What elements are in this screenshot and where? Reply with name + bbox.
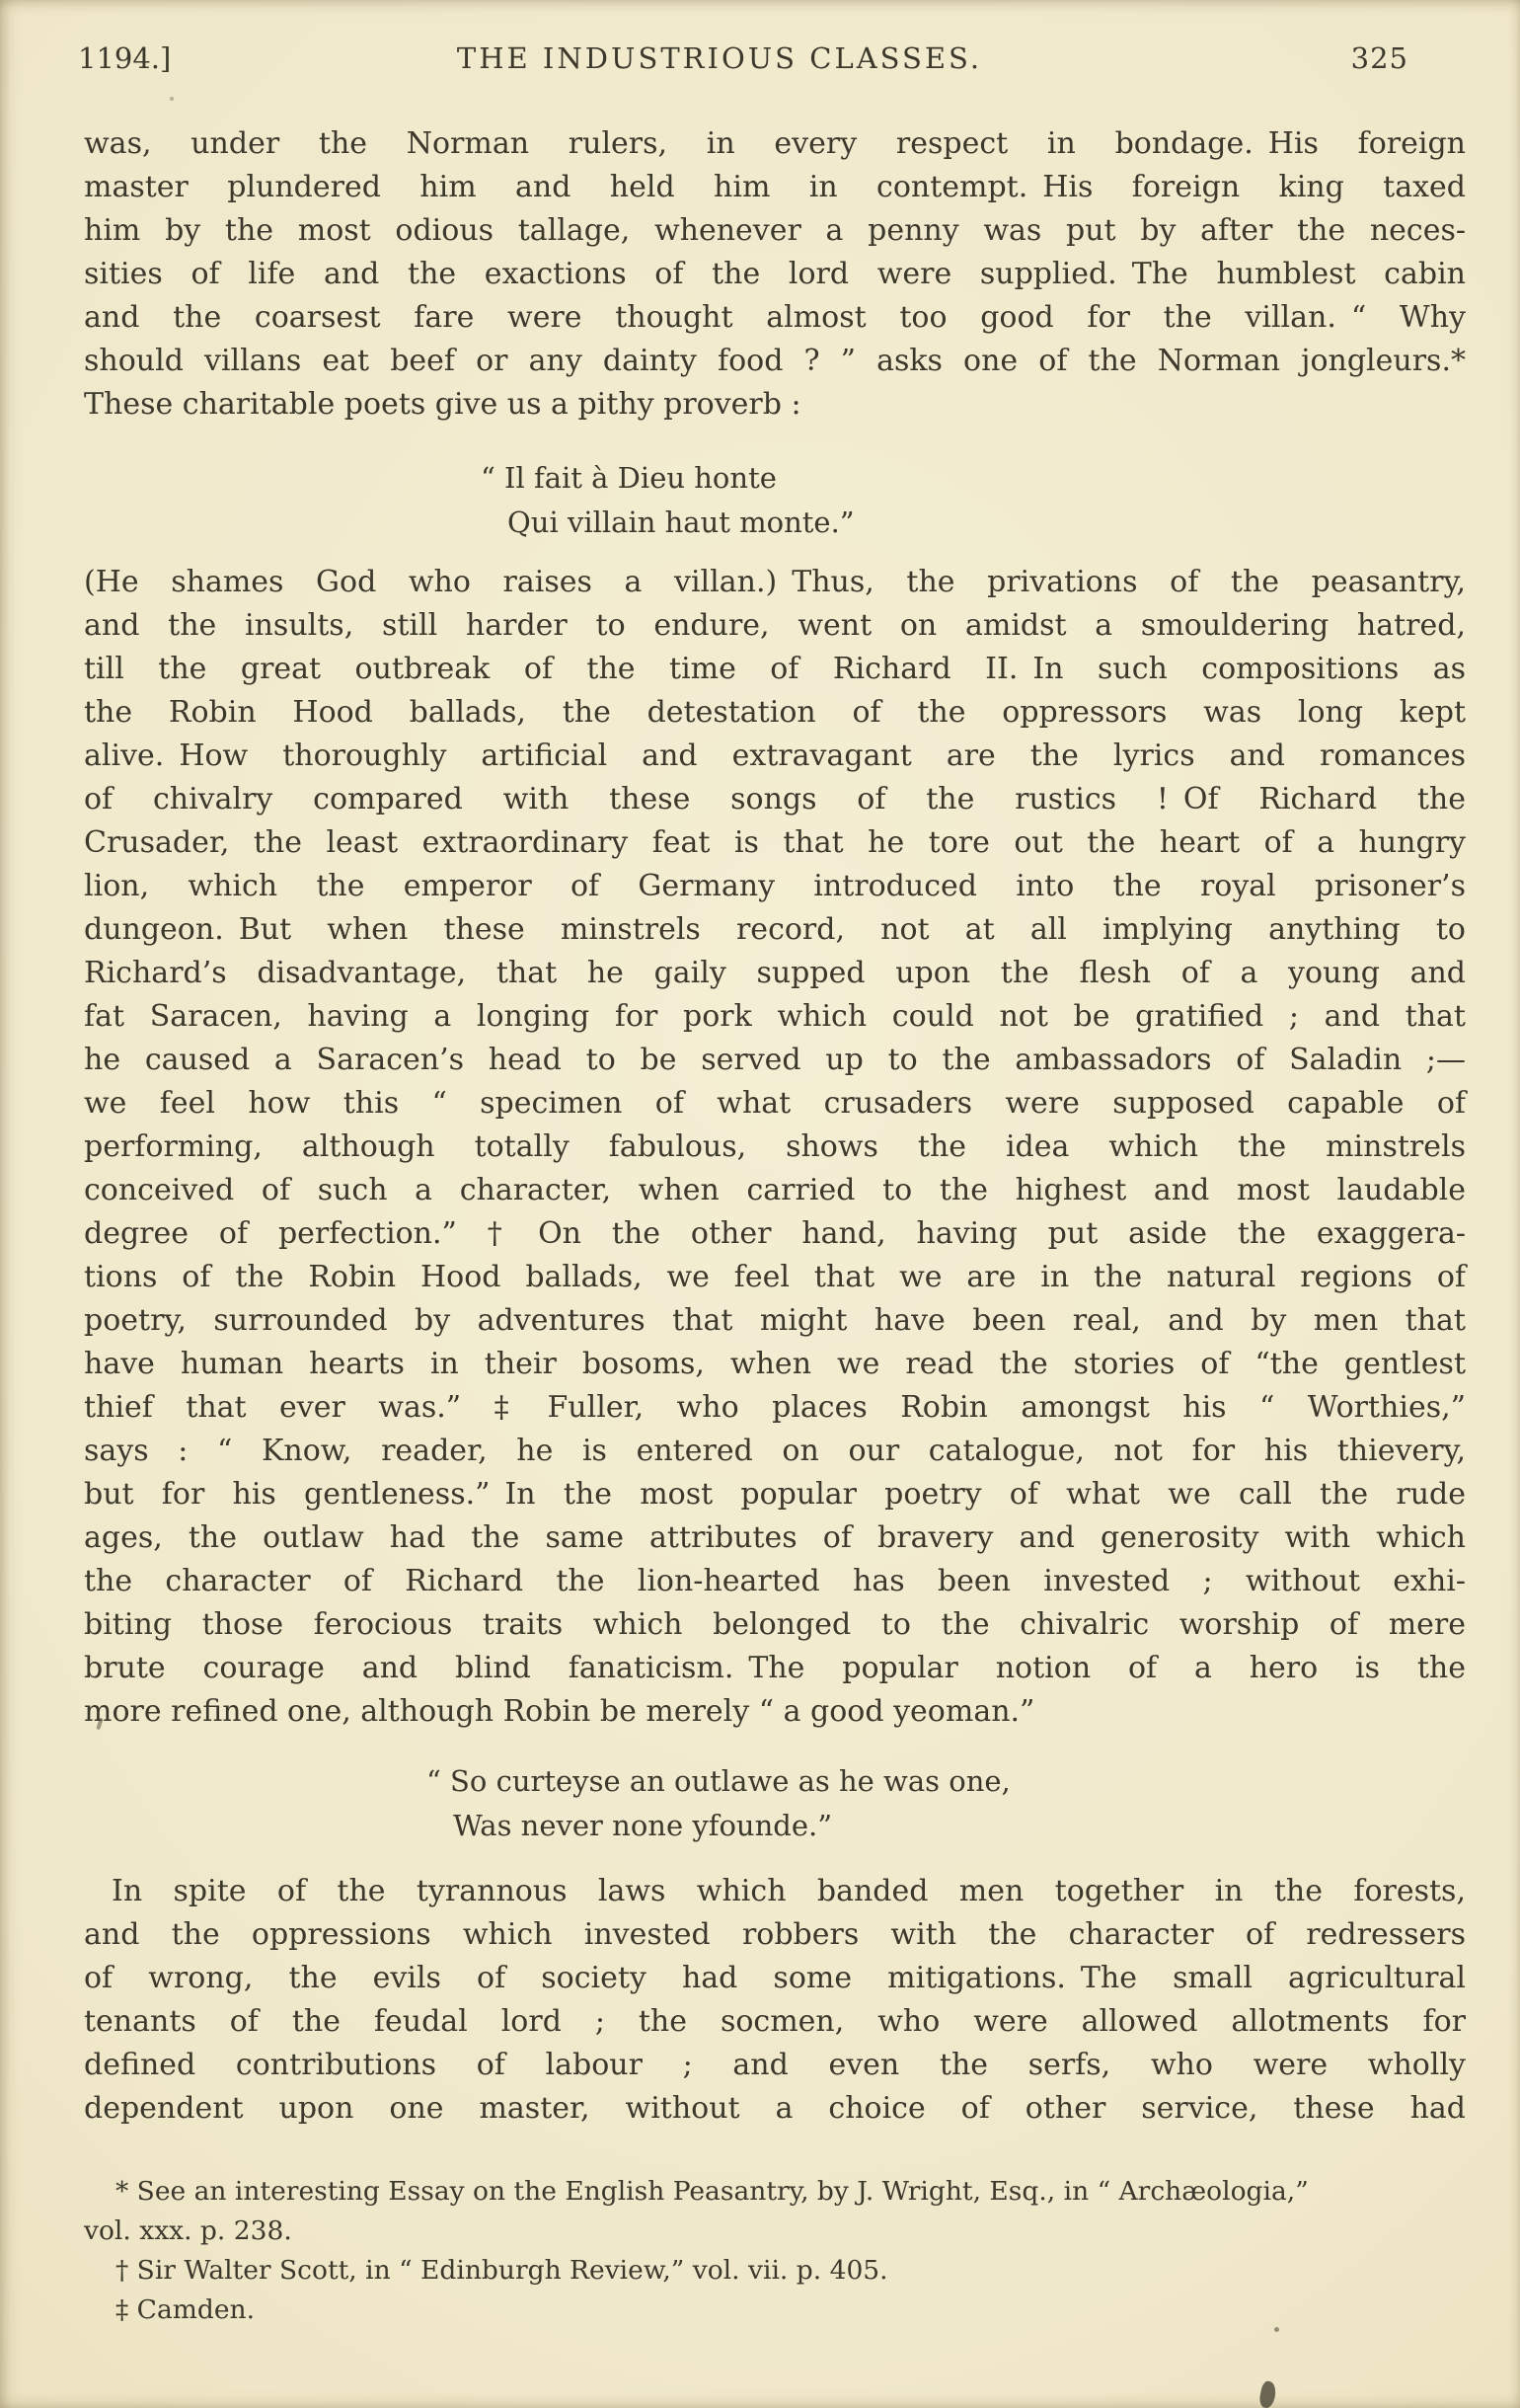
paragraph-1: was, under the Norman rulers, in every r…: [84, 122, 1466, 427]
text-line: of chivalry compared with these songs of…: [84, 778, 1466, 821]
text-line: the character of Richard the lion-hearte…: [84, 1560, 1466, 1603]
text-line: dungeon. But when these minstrels record…: [84, 908, 1466, 952]
text-line: degree of perfection.” † On the other ha…: [84, 1212, 1466, 1256]
text-line: have human hearts in their bosoms, when …: [84, 1343, 1466, 1386]
text-line: was, under the Norman rulers, in every r…: [84, 122, 1466, 166]
verse-line: “ So curteyse an outlawe as he was one,: [426, 1759, 1466, 1804]
footnote-line: vol. xxx. p. 238.: [84, 2212, 1466, 2251]
text-line: tions of the Robin Hood ballads, we feel…: [84, 1256, 1466, 1299]
text-line: he caused a Saracen’s head to be served …: [84, 1039, 1466, 1082]
text-line: fat Saracen, having a longing for pork w…: [84, 995, 1466, 1039]
text-line: Richard’s disadvantage, that he gaily su…: [84, 952, 1466, 995]
header-folio-date: 1194.]: [78, 41, 171, 75]
text-line: of wrong, the evils of society had some …: [84, 1957, 1466, 2000]
footnote-line: † Sir Walter Scott, in “ Edinburgh Revie…: [84, 2251, 1466, 2291]
paragraph-3: In spite of the tyrannous laws which ban…: [84, 1870, 1466, 2131]
text-line: alive. How thoroughly artificial and ext…: [84, 735, 1466, 778]
text-line: biting those ferocious traits which belo…: [84, 1603, 1466, 1647]
paragraph-2: (He shames God who raises a villan.) Thu…: [84, 561, 1466, 1734]
text-line: and the oppressions which invested robbe…: [84, 1913, 1466, 1957]
text-line: more refined one, although Robin be mere…: [84, 1690, 1466, 1734]
text-line: we feel how this “ specimen of what crus…: [84, 1082, 1466, 1126]
text-line: ages, the outlaw had the same attributes…: [84, 1516, 1466, 1560]
text-line: and the coarsest fare were thought almos…: [84, 296, 1466, 340]
text-line: lion, which the emperor of Germany intro…: [84, 865, 1466, 908]
text-line: performing, although totally fabulous, s…: [84, 1126, 1466, 1169]
text-line: the Robin Hood ballads, the detestation …: [84, 691, 1466, 735]
text-line: brute courage and blind fanaticism. The …: [84, 1647, 1466, 1690]
footnotes: * See an interesting Essay on the Englis…: [84, 2172, 1466, 2330]
text-line: till the great outbreak of the time of R…: [84, 648, 1466, 691]
book-page: 1194.] THE INDUSTRIOUS CLASSES. 325 was,…: [0, 0, 1520, 2408]
verse-line: “ Il fait à Dieu honte: [481, 456, 1466, 501]
text-line: sities of life and the exactions of the …: [84, 253, 1466, 296]
text-line: should villans eat beef or any dainty fo…: [84, 340, 1466, 383]
text-line: but for his gentleness.” In the most pop…: [84, 1473, 1466, 1516]
text-line: thief that ever was.” ‡ Fuller, who plac…: [84, 1386, 1466, 1430]
text-line: him by the most odious tallage, whenever…: [84, 209, 1466, 253]
footnote-line: ‡ Camden.: [84, 2291, 1466, 2330]
text-line: These charitable poets give us a pithy p…: [84, 383, 1466, 427]
text-line: and the insults, still harder to endure,…: [84, 604, 1466, 648]
text-line: master plundered him and held him in con…: [84, 166, 1466, 209]
ink-dot: [1274, 2327, 1279, 2332]
running-title: THE INDUSTRIOUS CLASSES.: [457, 41, 982, 75]
page-number: 325: [1351, 41, 1408, 75]
text-line: (He shames God who raises a villan.) Thu…: [84, 561, 1466, 604]
footnote-line: * See an interesting Essay on the Englis…: [84, 2172, 1466, 2212]
text-line: conceived of such a character, when carr…: [84, 1169, 1466, 1212]
verse-quote-english: “ So curteyse an outlawe as he was one, …: [426, 1759, 1466, 1848]
ink-blot: [1257, 2380, 1277, 2408]
text-line: says : “ Know, reader, he is entered on …: [84, 1430, 1466, 1473]
text-line: Crusader, the least extraordinary feat i…: [84, 821, 1466, 865]
text-line: tenants of the feudal lord ; the socmen,…: [84, 2000, 1466, 2044]
verse-line: Qui villain haut monte.”: [481, 501, 1466, 545]
text-line: In spite of the tyrannous laws which ban…: [84, 1870, 1466, 1913]
scan-speck: [170, 97, 174, 101]
text-line: dependent upon one master, without a cho…: [84, 2087, 1466, 2131]
verse-quote-french: “ Il fait à Dieu honte Qui villain haut …: [481, 456, 1466, 545]
text-line: poetry, surrounded by adventures that mi…: [84, 1299, 1466, 1343]
page-header: 1194.] THE INDUSTRIOUS CLASSES. 325: [84, 41, 1466, 81]
verse-line: Was never none yfounde.”: [426, 1804, 1466, 1848]
text-line: defined contributions of labour ; and ev…: [84, 2044, 1466, 2087]
text-column: 1194.] THE INDUSTRIOUS CLASSES. 325 was,…: [84, 0, 1466, 2330]
